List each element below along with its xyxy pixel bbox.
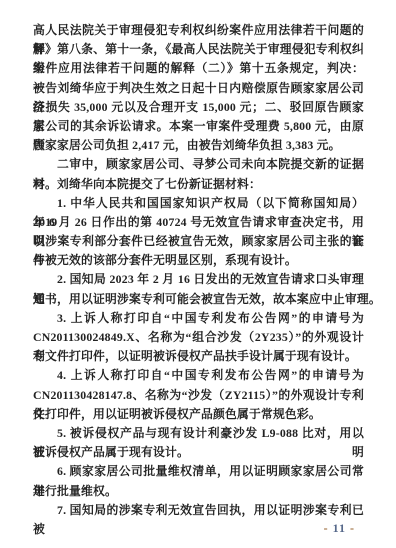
document-page: 高人民法院关于审理侵犯专利权纠纷案件应用法律若干问题的解 释》第八条、第十一条，… (0, 0, 396, 548)
text-line: 释》第八条、第十一条，《最高人民法院关于审理侵犯专利权纠纷 (33, 40, 364, 59)
text-line: 高人民法院关于审理侵犯专利权纠纷案件应用法律若干问题的解 (33, 21, 364, 40)
text-line: 二审中，顾家家居公司、寻梦公司未向本院提交新的证据材 (33, 155, 364, 174)
page-number-dash-right: - (350, 521, 355, 535)
text-line: 明涉案专利部分套件已经被宣告无效，顾家家居公司主张的套件 (33, 232, 364, 251)
text-line: 被告刘绮华应于判决生效之日起十日内赔偿原告顾家家居公司经 (33, 79, 364, 98)
text-line: 顾家家居公司负担 2,417 元，由被告刘绮华负担 3,383 元。 (33, 136, 364, 155)
text-line: 居公司的其余诉讼请求。本案一审案件受理费 5,800 元，由原告 (33, 117, 364, 136)
text-line: CN201130428147.8、名称为“沙发（ZY2115）”的外观设计专利文 (33, 386, 364, 405)
text-line: 知书，用以证明涉案专利可能会被宣告无效，故本案应中止审理。 (33, 290, 364, 309)
text-line: 料。刘绮华向本院提交了七份新证据材料： (33, 175, 364, 194)
text-line: 2. 国知局 2023 年 2 月 16 日发出的无效宣告请求口头审理通 (33, 270, 364, 289)
text-line: 与被无效的该部分套件无明显区别，系现有设计。 (33, 251, 364, 270)
text-line: 1. 中华人民共和国国家知识产权局（以下简称国知局）2019 (33, 194, 364, 213)
judgment-text-block: 高人民法院关于审理侵犯专利权纠纷案件应用法律若干问题的解 释》第八条、第十一条，… (33, 21, 364, 520)
text-line: 4. 上诉人称打印自“中国专利发布公告网”的申请号为 (33, 366, 364, 385)
text-line: 进行批量维权。 (33, 482, 364, 501)
text-line: 利文件打印件，以证明被诉侵权产品扶手设计属于现有设计。 (33, 347, 364, 366)
page-number-value: 11 (333, 521, 346, 535)
text-line: 3. 上诉人称打印自“中国专利发布公告网”的申请号为 (33, 309, 364, 328)
text-line: 件打印件，用以证明被诉侵权产品颜色属于常规色彩。 (33, 405, 364, 424)
text-line: 5. 被诉侵权产品与现有设计利豪沙发 L9-088 比对，用以证明 (33, 424, 364, 443)
page-number: -11- (324, 521, 355, 536)
text-line: 案件应用法律若干问题的解释（二）》第十五条规定，判决：一、 (33, 59, 364, 78)
text-line: 7. 国知局的涉案专利无效宣告回执，用以证明涉案专利已被 (33, 501, 364, 520)
text-line: CN201130024849.X、名称为“组合沙发（2Y235）”的外观设计专 (33, 328, 364, 347)
text-line: 济损失 35,000 元以及合理开支 15,000 元；二、驳回原告顾家家 (33, 98, 364, 117)
text-line: 年 6 月 26 日作出的第 40724 号无效宣告请求审查决定书，用以证 (33, 213, 364, 232)
text-line: 6. 顾家家居公司批量维权清单，用以证明顾家家居公司常年 (33, 462, 364, 481)
page-number-dash-left: - (324, 521, 329, 535)
